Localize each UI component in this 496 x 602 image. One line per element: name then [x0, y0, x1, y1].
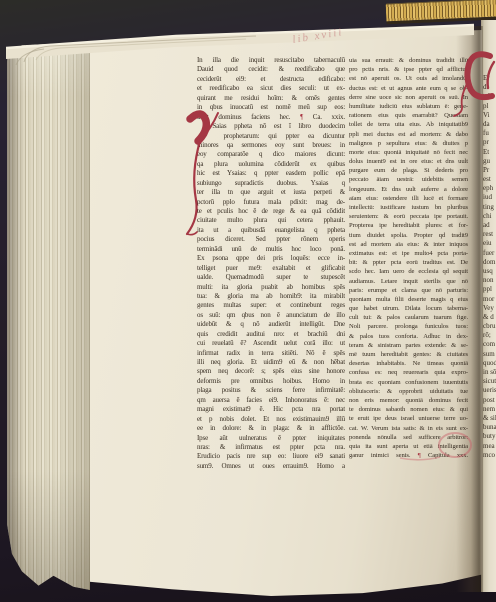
text-segment: que habet uirum. Dilata locum taberna-: [349, 305, 468, 312]
text-segment: rest: [483, 230, 493, 238]
text-segment: sum9. Omnes ut oues errauim9. Homo a: [197, 462, 345, 470]
text-line: est ad mortem aīa eius: & inter iniquos: [349, 240, 468, 249]
text-line: brata es: quoniam confusionem iuuentutis: [349, 378, 468, 387]
text-line: derre sine uoce sic non aperuit os suū. …: [349, 93, 468, 102]
text-line: in sō: [483, 368, 496, 377]
text-segment: Ipse aūt uulneratus ē ppter iniquitates: [197, 434, 345, 442]
fore-edge-shading: [7, 42, 90, 590]
text-segment: bit: & ppter pcta eorū traditus est. De: [349, 259, 468, 266]
text-segment: uidebūt & q nō audierūt intelligūt. Dne: [197, 320, 345, 328]
text-segment: quod: [483, 359, 496, 367]
text-segment: dolus inuent9 est in ore eius: et dns uu…: [349, 158, 468, 165]
text-line: Ipse aūt uulneratus ē ppter iniquitates: [197, 434, 345, 443]
text-segment: & palos tuos conforta. Adhuc in dex-: [349, 333, 468, 340]
text-segment: os suū: qm qbus non ē anunciatum de illo: [197, 311, 345, 319]
text-segment: fu: [483, 129, 489, 137]
text-segment: Pr: [483, 166, 489, 174]
text-segment: te eruit ipe deus israel uniuerse terre …: [349, 415, 468, 422]
text-segment: Ex psona qppe dei pris loquēs: ecce in-: [197, 254, 345, 262]
text-segment: Propterea ipe hereditabit plures: et for…: [349, 222, 468, 229]
text-line: Vey: [483, 304, 496, 313]
text-segment: desertas inhabitabis. Ne timeas quoniā: [349, 360, 468, 367]
text-segment: mea: [483, 442, 495, 450]
text-line: & d: [483, 313, 496, 322]
text-line: te eruit ipe deus israel uniuerse terre …: [349, 414, 468, 423]
text-line: et p nobis dolet. Et nos existimauim9 il…: [197, 415, 345, 424]
text-segment: uia sua errauit: & dominus tradidit illū: [349, 57, 468, 64]
text-segment: teram & sinistram partes extende: & se-: [349, 342, 468, 349]
text-line: mor: [483, 295, 496, 304]
text-segment: & sil: [483, 414, 496, 422]
text-line: plaga positus & sciens ferre infirmitatē…: [197, 386, 345, 395]
text-line: purgare eum de plaga. Si dederis pro: [349, 166, 468, 175]
text-line: sum: [483, 350, 496, 359]
text-line: dom: [483, 258, 496, 267]
text-segment: et p nobis dolet. Et nos existimauim9 il…: [197, 415, 345, 423]
text-line: sicut: [483, 377, 496, 386]
text-line: fuer: [483, 249, 496, 258]
text-segment: gentes multas super: et continebunt rege…: [197, 301, 345, 309]
text-line: et reedificabo ea sicut dies seculi: ut …: [197, 84, 345, 93]
text-segment: pro pctis nris. & ipse ppter qd afflictu…: [349, 66, 468, 73]
text-segment: quoniam multa filii deserte magis q eius: [349, 296, 468, 303]
text-segment: ductus est: et ut agnus ante eum q se ob…: [349, 85, 468, 92]
text-line: desertas inhabitabis. Ne timeas quoniā: [349, 359, 468, 368]
text-line: aīam eius: ostendere illi lucē et formar…: [349, 194, 468, 203]
text-segment: fuer: [483, 249, 494, 257]
text-segment: Erudicio pacis nre sup eo: liuore ei9 sa…: [197, 452, 345, 460]
text-line: gu: [483, 157, 496, 166]
text-segment: purgare eum de plaga. Si dederis pro: [349, 167, 468, 174]
text-line: & palos tuos conforta. Adhuc in dex-: [349, 332, 468, 341]
text-segment: est nō aperuit os. Ut ouis ad imolandū;: [349, 75, 468, 82]
text-segment: ualde. Quemadmodū super te stupescēt: [197, 273, 345, 281]
text-line: chi: [483, 212, 496, 221]
text-segment: nem: [483, 405, 495, 413]
text-line: est nō aperuit os. Ut ouis ad imolandū;: [349, 74, 468, 83]
text-segment: audiamus. Letare inquit sterilis que nō: [349, 278, 468, 285]
text-segment: cui reuelatū ē? Ascendit uelut corā illo…: [197, 339, 345, 347]
text-line: com: [483, 340, 496, 349]
text-line: nem: [483, 405, 496, 414]
text-line: Pr: [483, 166, 496, 175]
text-line: nras: & infirmatus est ppter pcta nra.: [197, 443, 345, 452]
text-line: quoniam multa filii deserte magis q eius: [349, 295, 468, 304]
text-segment: in sō: [483, 368, 496, 376]
fore-edge-pages: [7, 42, 90, 590]
text-segment: Ca. xxix.: [303, 113, 345, 121]
text-line: dolus inuent9 est in ore eius: et dns uu…: [349, 157, 468, 166]
text-line: ceciderūt ei9: et destructa edificabo:: [197, 75, 345, 84]
text-line: qm auersa ē facies ei9. Inhonoratus ē: n…: [197, 396, 345, 405]
text-line: telliget puer me9: exaltabit et glificab…: [197, 264, 345, 273]
text-segment: culi tui: & palos caularum tuarum fige.: [349, 314, 468, 321]
text-segment: Noli parcere. prolonga funiculos tuos:: [349, 323, 468, 330]
text-segment: dom: [483, 258, 495, 266]
text-line: ting: [483, 203, 496, 212]
text-line: iud: [483, 193, 496, 202]
text-segment: seruientem: & eorū peccata ipe portauit.: [349, 213, 468, 220]
text-line: eph: [483, 184, 496, 193]
text-line: sum9. Omnes ut oues errauim9. Homo a: [197, 462, 345, 471]
text-line: mea: [483, 442, 496, 451]
text-segment: rationem eius quis enarrabit? Quoniam: [349, 112, 468, 119]
text-line: quod: [483, 359, 496, 368]
text-segment: ceciderūt ei9: et destructa edificabo:: [197, 75, 345, 83]
text-segment: com: [483, 340, 495, 348]
text-segment: longeuum. Et dns uult auferre a dolore: [349, 186, 468, 193]
text-line: pr: [483, 138, 496, 147]
text-segment: sum: [483, 350, 495, 358]
text-line: Erudicio pacis nre sup eo: liuore ei9 sa…: [197, 452, 345, 461]
text-line: In illa die inquit resuscitabo tabernacu…: [197, 56, 345, 65]
text-segment: derre sine uoce sic non aperuit os suū. …: [349, 94, 468, 101]
text-segment: quirant me residui hoīm: & omēs gentes: [197, 94, 345, 102]
text-segment: mē tuum hereditabit gentes: & ciuitates: [349, 351, 468, 358]
text-line: non: [483, 276, 496, 285]
text-segment: plaga positus & sciens ferre infirmitatē…: [197, 386, 345, 394]
text-segment: usq: [483, 267, 493, 275]
text-line: ductus est: et ut agnus ante eum q se ob…: [349, 84, 468, 93]
text-line: Et: [483, 148, 496, 157]
text-line: magni existimat9 ē. Hic pcta nra portat: [197, 405, 345, 414]
text-line: usq: [483, 267, 496, 276]
text-line: ee in dolore: & in plaga: & in afflictōe…: [197, 424, 345, 433]
text-segment: spem neq decorē: s; spēs eius sine honor…: [197, 367, 345, 375]
text-segment: rō;: [483, 331, 491, 339]
text-segment: tua: & gloria ma ab homib9: ita mirabilt: [197, 292, 345, 300]
text-segment: In illa die inquit resuscitabo tabernacu…: [197, 56, 345, 64]
text-segment: tium diuidet spolia. Propter qd tradit9: [349, 232, 468, 239]
text-segment: chi: [483, 212, 492, 220]
text-segment: deformis pre omnibus hoibus. Homo in: [197, 377, 345, 385]
text-segment: post: [483, 396, 495, 404]
text-line: ad: [483, 221, 496, 230]
text-line: infirmat radix in terra sitiēti. Nō ē sp…: [197, 349, 345, 358]
text-segment: buna: [483, 423, 496, 431]
facing-initial-inner: [488, 62, 494, 88]
initial-y-icon: [183, 110, 221, 248]
text-segment: eiu: [483, 239, 492, 247]
text-line: peccato āiam uestrā: uidebitis semen: [349, 175, 468, 184]
text-line: scdo hec. Iam uero de ecclesia qd sequit: [349, 267, 468, 276]
text-segment: magni existimat9 ē. Hic pcta nra portat: [197, 405, 345, 413]
text-segment: confusa es: neq reuerearis quia expro-: [349, 369, 468, 376]
text-segment: non eris memor: quoniā dominus fecit: [349, 397, 468, 404]
text-line: pro pctis nris. & ipse ppter qd afflictu…: [349, 65, 468, 74]
text-segment: te dominus sabaoth nomen eius: & qui: [349, 406, 468, 413]
text-segment: nras: & infirmatus est ppter pcta nra.: [197, 443, 345, 451]
text-line: Ex psona qppe dei pris loquēs: ecce in-: [197, 254, 345, 263]
text-segment: telliget puer me9: exaltabit et glificab…: [197, 264, 345, 272]
text-segment: humilitate iudiciū eius sublatum ē: gene…: [349, 103, 468, 110]
text-line: eiu: [483, 239, 496, 248]
text-line: illi neq gloria. Et uidim9 eū & non hēba…: [197, 358, 345, 367]
text-segment: ppl: [483, 285, 492, 293]
text-line: & sil: [483, 414, 496, 423]
red-circle-doodle: [439, 433, 471, 457]
initial-y-tail: [187, 141, 200, 234]
text-segment: brata es: quoniam confusionem iuuentutis: [349, 379, 468, 386]
text-line: morte eius: quoniā iniquitatē nō fecit n…: [349, 148, 468, 157]
text-line: mē tuum hereditabit gentes: & ciuitates: [349, 350, 468, 359]
text-line: Noli parcere. prolonga funiculos tuos:: [349, 322, 468, 331]
text-segment: tollet de terra uita eius. Ab iniquitati…: [349, 121, 468, 128]
text-segment: ting: [483, 203, 494, 211]
text-line: que habet uirum. Dilata locum taberna-: [349, 304, 468, 313]
text-segment: paris: erumpe et clama que nō parturis:: [349, 287, 468, 294]
text-line: obliuisceris: & opprobrii uiduitatis tue: [349, 387, 468, 396]
text-segment: & d: [483, 313, 494, 321]
text-line: longeuum. Et dns uult auferre a dolore: [349, 185, 468, 194]
text-line: seruientem: & eorū peccata ipe portauit.: [349, 212, 468, 221]
text-segment: scdo hec. Iam uero de ecclesia qd sequit: [349, 268, 468, 275]
text-line: fu: [483, 129, 496, 138]
text-segment: mor: [483, 295, 494, 303]
text-line: os suū: qm qbus non ē anunciatum de illo: [197, 311, 345, 320]
text-line: gentes multas super: et continebunt rege…: [197, 301, 345, 310]
text-line: teram & sinistram partes extende: & se-: [349, 341, 468, 350]
text-line: buty: [483, 432, 496, 441]
facing-initial-icon: [452, 50, 496, 122]
text-segment: et reedificabo ea sicut dies seculi: ut …: [197, 84, 345, 92]
text-line: rō;: [483, 331, 496, 340]
text-line: Dauid quod cecidit: & reedificabo que: [197, 65, 345, 74]
text-segment: gu: [483, 157, 490, 165]
text-line: humilitate iudiciū eius sublatum ē: gene…: [349, 102, 468, 111]
text-segment: peccato āiam uestrā: uidebitis semen: [349, 176, 468, 183]
text-segment: morte eius: quoniā iniquitatē nō fecit n…: [349, 149, 468, 156]
text-line: multi: ita gloria puabit ab homibus spēs: [197, 283, 345, 292]
text-line: extimatus est: et ipe multo4 pcta porta-: [349, 249, 468, 258]
text-line: tollet de terra uita eius. Ab iniquitati…: [349, 120, 468, 129]
text-line: uidebūt & q nō audierūt intelligūt. Dne: [197, 320, 345, 329]
text-segment: non: [483, 276, 494, 284]
text-line: post: [483, 396, 496, 405]
text-segment: ueris: [483, 386, 496, 394]
text-line: ueris: [483, 386, 496, 395]
text-segment: illi neq gloria. Et uidim9 eū & non hēba…: [197, 358, 345, 366]
text-line: intellectū: iustificare iustum bn plurib…: [349, 203, 468, 212]
text-line: ppl: [483, 285, 496, 294]
text-line: cui reuelatū ē? Ascendit uelut corā illo…: [197, 339, 345, 348]
text-segment: Et: [483, 148, 489, 156]
text-segment: eph: [483, 184, 493, 192]
text-line: audiamus. Letare inquit sterilis que nō: [349, 277, 468, 286]
text-line: tua: & gloria ma ab homib9: ita mirabilt: [197, 292, 345, 301]
text-line: rationem eius quis enarrabit? Quoniam: [349, 111, 468, 120]
red-ink-doodle-icon: [398, 428, 474, 464]
text-segment: malignos p sepultura eius: & diuites p: [349, 140, 468, 147]
red-underline-doodle: [400, 457, 440, 460]
facing-initial-tail: [454, 80, 469, 116]
text-line: Propterea ipe hereditabit plures: et for…: [349, 221, 468, 230]
text-column-right: uia sua errauit: & dominus tradidit illū…: [349, 56, 468, 460]
text-segment: mco: [483, 451, 495, 459]
text-line: cbru: [483, 322, 496, 331]
text-line: ppli mei ductus est ad mortem: & dabo: [349, 130, 468, 139]
book-photo: lib xviii In illa die inquit resuscitabo…: [0, 0, 496, 602]
text-segment: iud: [483, 193, 492, 201]
text-line: quirant me residui hoīm: & omēs gentes: [197, 94, 345, 103]
text-line: culi tui: & palos caularum tuarum fige.: [349, 313, 468, 322]
text-segment: ppli mei ductus est ad mortem: & dabo: [349, 131, 468, 138]
text-segment: extimatus est: et ipe multo4 pcta porta-: [349, 250, 468, 257]
text-segment: sicut: [483, 377, 496, 385]
facing-page-text-strip: ErditalplVidafuprEtguPrestephiudtingchia…: [483, 74, 496, 460]
text-segment: est ad mortem aīa eius: & inter iniquos: [349, 241, 468, 248]
text-line: mco: [483, 451, 496, 460]
text-segment: intellectū: iustificare iustum bn plurib…: [349, 204, 468, 211]
text-line: malignos p sepultura eius: & diuites p: [349, 139, 468, 148]
text-line: non eris memor: quoniā dominus fecit: [349, 396, 468, 405]
text-segment: aīam eius: ostendere illi lucē et formar…: [349, 195, 468, 202]
text-segment: ee in dolore: & in plaga: & in afflictōe…: [197, 424, 345, 432]
text-line: spem neq decorē: s; spēs eius sine honor…: [197, 367, 345, 376]
text-line: uia sua errauit: & dominus tradidit illū: [349, 56, 468, 65]
text-line: deformis pre omnibus hoibus. Homo in: [197, 377, 345, 386]
text-line: paris: erumpe et clama que nō parturis:: [349, 286, 468, 295]
text-segment: Vey: [483, 304, 494, 312]
text-segment: ad: [483, 221, 490, 229]
text-segment: qm auersa ē facies ei9. Inhonoratus ē: n…: [197, 396, 345, 404]
text-line: confusa es: neq reuerearis quia expro-: [349, 368, 468, 377]
text-line: bit: & ppter pcta eorū traditus est. De: [349, 258, 468, 267]
text-line: quis credidit auditui nro: et brachiū dn…: [197, 330, 345, 339]
text-segment: est: [483, 175, 491, 183]
text-line: buna: [483, 423, 496, 432]
text-segment: buty: [483, 432, 495, 440]
text-line: ualde. Quemadmodū super te stupescēt: [197, 273, 345, 282]
text-segment: quis credidit auditui nro: et brachiū dn…: [197, 330, 345, 338]
text-segment: pr: [483, 138, 489, 146]
text-line: est: [483, 175, 496, 184]
text-segment: cbru: [483, 322, 495, 330]
text-segment: multi: ita gloria puabit ab homibus spēs: [197, 283, 345, 291]
text-line: te dominus sabaoth nomen eius: & qui: [349, 405, 468, 414]
text-line: rest: [483, 230, 496, 239]
text-segment: obliuisceris: & opprobrii uiduitatis tue: [349, 388, 468, 395]
text-segment: infirmat radix in terra sitiēti. Nō ē sp…: [197, 349, 345, 357]
text-line: tium diuidet spolia. Propter qd tradit9: [349, 231, 468, 240]
text-segment: Dauid quod cecidit: & reedificabo que: [197, 65, 345, 73]
